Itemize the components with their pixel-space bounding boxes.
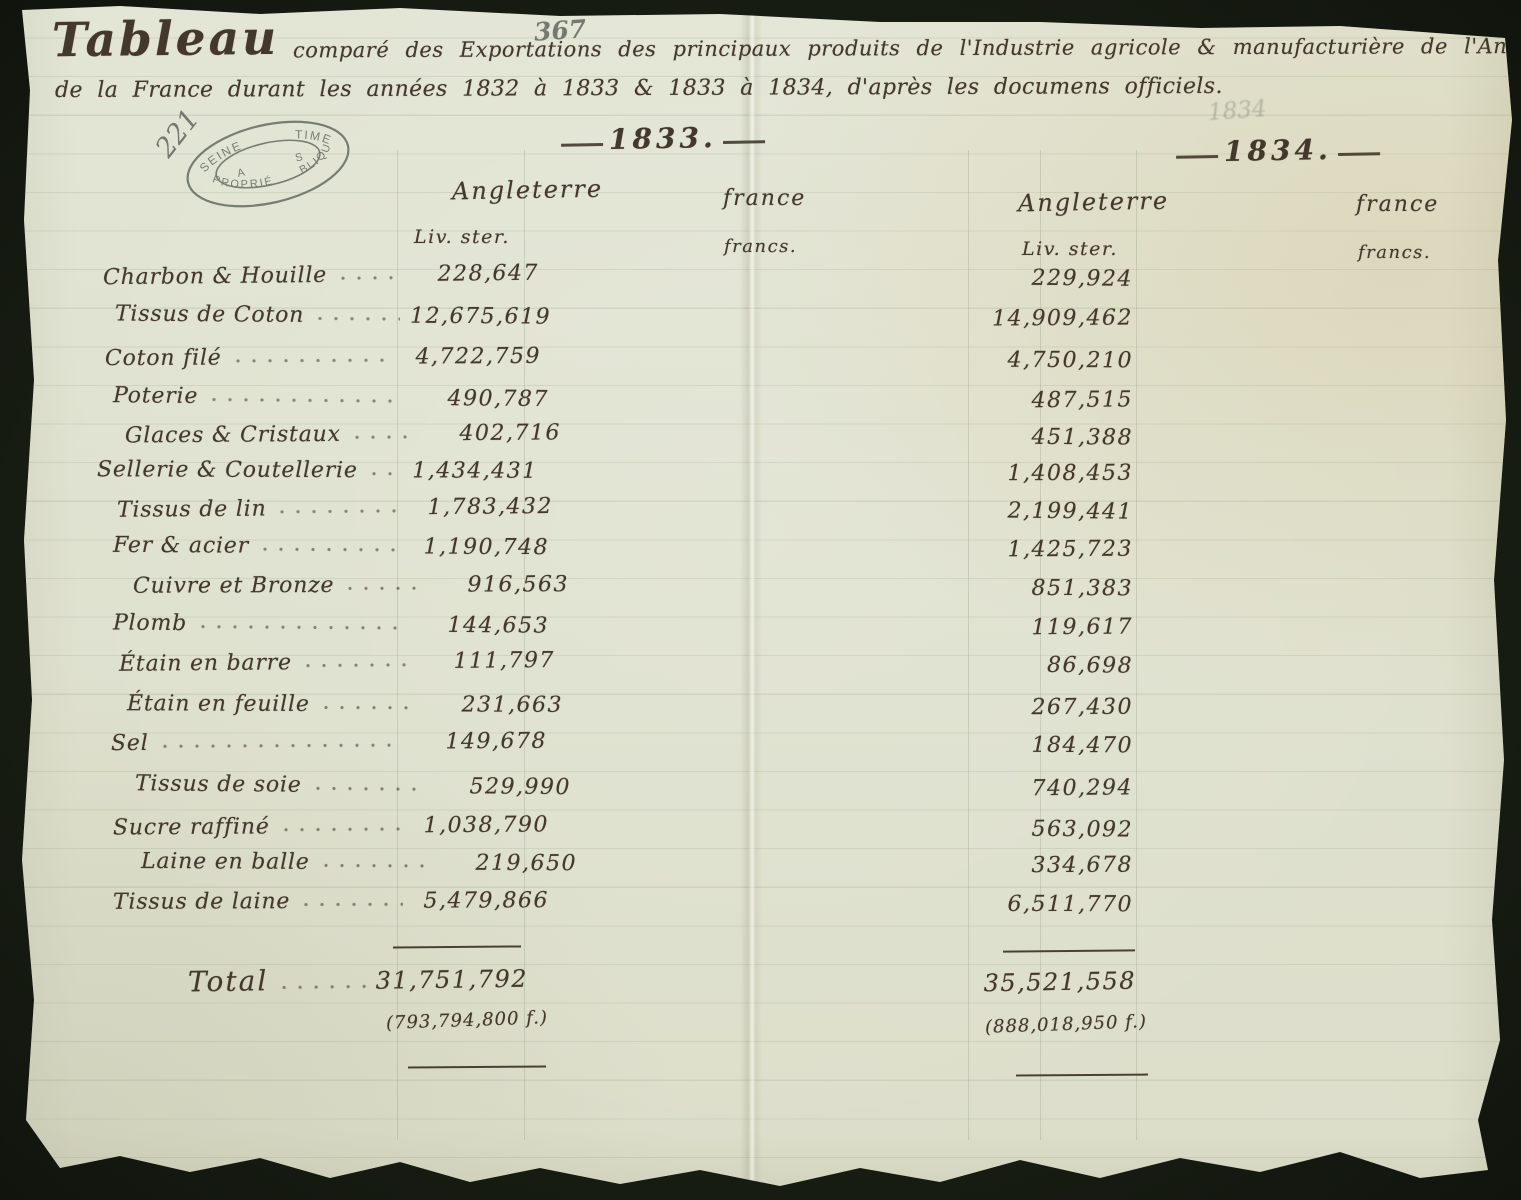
leader-dots	[282, 984, 365, 990]
product-label: Cuivre et Bronze	[133, 573, 334, 599]
value-1834-livster: 4,750,210	[985, 348, 1133, 374]
value-1834-livster: 334,678	[985, 853, 1133, 879]
leader-dots	[372, 471, 392, 476]
product-label: Tissus de laine	[113, 889, 290, 915]
column-guide-line	[968, 150, 969, 1140]
table-row: Fer & acier 1,190,748	[95, 533, 549, 560]
value-1833-livster: 1,038,790	[413, 812, 549, 838]
leader-dots	[284, 826, 403, 832]
document-title-line1: Tableau comparé des Exportations des pri…	[52, 12, 1521, 67]
value-1833-livster: 5,479,866	[413, 888, 549, 913]
value-1833-livster: 111,797	[419, 648, 555, 674]
total-value-1834: 35,521,558	[978, 967, 1136, 998]
value-1834-livster: 1,408,453	[985, 461, 1133, 487]
col-header-france-1834: france	[1356, 192, 1439, 217]
total-row: Total 31,751,792	[188, 961, 528, 999]
stamp-inner-right: S	[294, 151, 306, 165]
table-row: Étain en barre 111,797	[95, 648, 555, 677]
total-rule-above-1833	[393, 945, 521, 948]
table-row: Sel 149,678	[95, 729, 547, 756]
underscore-dash	[1338, 152, 1380, 156]
table-row: Sellerie & Coutellerie 1,434,431	[95, 457, 533, 484]
underscore-dash	[1176, 155, 1218, 159]
table-row: Plomb 144,653	[95, 610, 549, 638]
value-1834-livster: 563,092	[985, 816, 1133, 842]
table-row: Coton filé 4,722,759	[95, 344, 541, 371]
col-unit-francs-1833: francs.	[724, 236, 797, 257]
total-rule-below-1834	[1016, 1074, 1148, 1077]
value-1834-livster: 14,909,462	[985, 305, 1133, 331]
product-label: Étain en feuille	[127, 691, 310, 717]
leader-dots	[263, 547, 403, 553]
table-row: Cuivre et Bronze 916,563	[95, 572, 569, 599]
leader-dots	[348, 586, 423, 591]
value-1834-livster: 184,470	[985, 733, 1133, 759]
leader-dots	[304, 902, 403, 907]
table-row: Laine en balle 219,650	[95, 849, 577, 877]
value-1833-livster: 144,653	[413, 613, 549, 639]
value-1833-livster: 219,650	[441, 851, 577, 877]
product-label: Coton filé	[105, 346, 222, 372]
value-1834-livster: 229,924	[985, 265, 1133, 292]
year-label-1834: 1834.	[1224, 133, 1332, 168]
total-rule-below-1833	[408, 1066, 546, 1069]
underscore-dash	[561, 143, 603, 147]
product-label: Charbon & Houille	[103, 263, 327, 290]
value-1833-livster: 231,663	[427, 692, 563, 717]
value-1834-livster: 851,383	[985, 576, 1133, 602]
manuscript-paper: 367 221 1834 SEINE TIME PROPRIÉ BLIQUE	[0, 0, 1521, 1200]
leader-dots	[163, 743, 401, 749]
leader-dots	[355, 434, 415, 439]
center-fold-crease	[740, 0, 762, 1200]
document-title-line2: de la France durant les années 1832 à 18…	[55, 74, 1223, 103]
col-unit-livster-1834: Liv. ster.	[1022, 238, 1118, 260]
value-1833-livster: 1,783,432	[417, 494, 553, 520]
product-label: Sel	[111, 731, 149, 756]
total-value-1833: 31,751,792	[375, 965, 528, 995]
value-1834-livster: 86,698	[985, 652, 1133, 678]
value-1834-livster: 267,430	[985, 695, 1133, 721]
value-1833-livster: 1,434,431	[402, 458, 538, 483]
table-row: Glaces & Cristaux 402,716	[95, 420, 561, 448]
title-rest: comparé des Exportations des principaux …	[293, 34, 1521, 63]
product-label: Fer & acier	[113, 533, 249, 559]
product-label: Glaces & Cristaux	[125, 422, 341, 449]
col-header-angleterre-1834: Angleterre	[1018, 187, 1169, 218]
leader-dots	[324, 863, 431, 869]
table-row: Sucre raffiné 1,038,790	[95, 812, 549, 840]
value-1834-livster: 1,425,723	[985, 537, 1133, 563]
product-label: Tissus de soie	[135, 771, 302, 797]
product-label: Tissus de lin	[117, 497, 267, 523]
total-rule-above-1834	[1003, 949, 1135, 952]
table-row: Poterie 490,787	[95, 383, 549, 412]
table-row: Charbon & Houille 228,647	[95, 261, 539, 291]
total-francs-1834: (888,018,950 f.)	[985, 1011, 1148, 1038]
pencil-ghost-year: 1834	[1207, 96, 1267, 126]
product-label: Tissus de Coton	[115, 302, 304, 328]
value-1833-livster: 228,647	[403, 261, 539, 287]
product-label: Plomb	[113, 611, 187, 637]
table-row: Étain en feuille 231,663	[95, 691, 563, 718]
leader-dots	[318, 316, 400, 322]
value-1833-livster: 490,787	[413, 386, 549, 412]
value-1834-livster: 2,199,441	[985, 498, 1133, 524]
scanned-manuscript-scene: 367 221 1834 SEINE TIME PROPRIÉ BLIQUE	[0, 0, 1521, 1200]
leader-dots	[236, 358, 395, 364]
value-1833-livster: 4,722,759	[405, 344, 541, 370]
leader-dots	[316, 786, 425, 792]
table-row: Tissus de Coton 12,675,619	[95, 301, 551, 329]
product-label: Étain en barre	[119, 650, 292, 677]
value-1833-livster: 149,678	[411, 729, 547, 755]
product-label: Sellerie & Coutellerie	[97, 457, 358, 483]
value-1834-livster: 119,617	[985, 614, 1133, 640]
value-1834-livster: 451,388	[985, 424, 1133, 450]
underscore-dash	[723, 140, 765, 144]
product-label: Poterie	[113, 383, 198, 409]
value-1833-livster: 916,563	[433, 572, 569, 597]
leader-dots	[306, 662, 409, 668]
year-label-1833: 1833.	[609, 121, 717, 156]
leader-dots	[280, 508, 407, 514]
leader-dots	[212, 397, 403, 404]
stamp-text-bottom: PROPRIÉ BLIQUE	[171, 97, 340, 208]
value-1833-livster: 402,716	[425, 420, 561, 446]
leader-dots	[324, 705, 417, 710]
year-header-1833: 1833.	[555, 120, 771, 157]
col-header-france-1833: france	[723, 186, 806, 211]
title-lead-word: Tableau	[52, 11, 280, 68]
col-unit-livster-1833: Liv. ster.	[414, 226, 510, 248]
product-label: Laine en balle	[141, 849, 310, 875]
table-row: Tissus de soie 529,990	[95, 771, 571, 800]
value-1833-livster: 1,190,748	[413, 534, 549, 560]
value-1834-livster: 487,515	[985, 387, 1133, 413]
col-unit-francs-1834: francs.	[1358, 242, 1431, 263]
table-row: Tissus de lin 1,783,432	[95, 494, 553, 523]
col-header-angleterre-1833: Angleterre	[452, 175, 603, 206]
stamp-inner-left: A	[236, 166, 248, 180]
total-label: Total	[188, 964, 269, 998]
leader-dots	[201, 624, 403, 630]
leader-dots	[341, 275, 393, 281]
year-header-1834: 1834.	[1170, 132, 1386, 169]
value-1834-livster: 740,294	[985, 775, 1133, 801]
value-1833-livster: 529,990	[435, 774, 571, 800]
value-1833-livster: 12,675,619	[410, 304, 551, 330]
table-row: Tissus de laine 5,479,866	[95, 888, 549, 915]
product-label: Sucre raffiné	[113, 814, 270, 840]
value-1834-livster: 6,511,770	[985, 892, 1133, 918]
